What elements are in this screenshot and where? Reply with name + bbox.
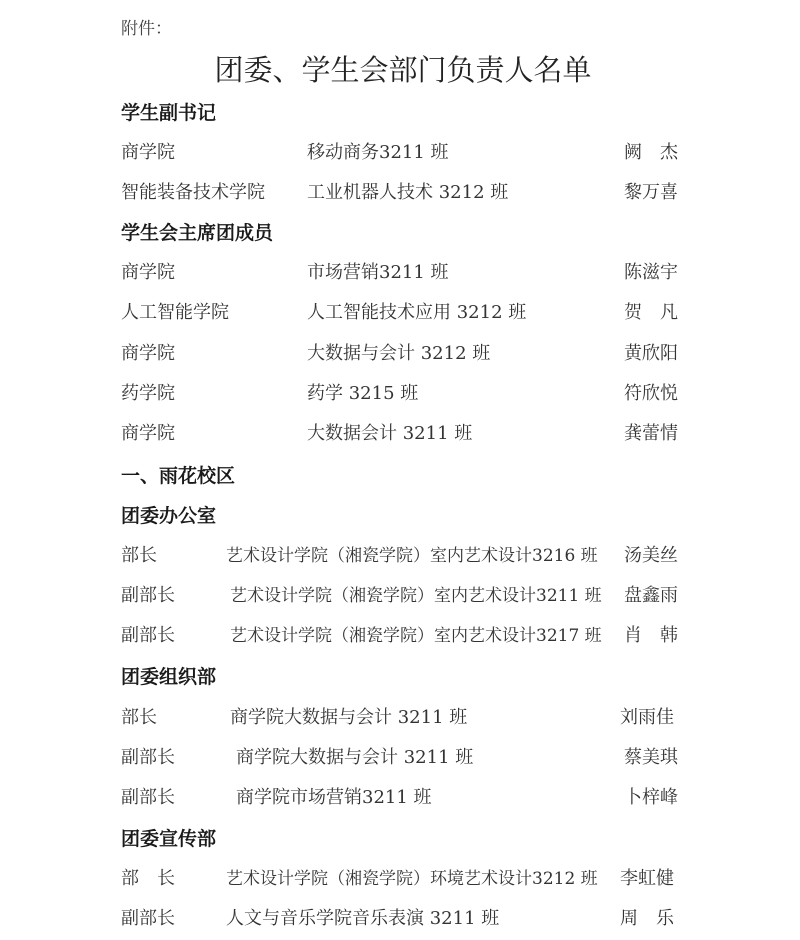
document-page: 附件： 团委、学生会部门负责人名单 学生副书记 商学院 移动商务3211 班 阙… (0, 0, 800, 940)
position: 部长 (121, 541, 157, 567)
list-row: 副部长 人文与音乐学院音乐表演 3211 班 周 乐 (0, 904, 800, 930)
list-row: 商学院 市场营销3211 班 陈滋宇 (0, 258, 800, 284)
class-name: 商学院大数据与会计 3211 班 (230, 703, 467, 729)
position: 副部长 (121, 783, 175, 809)
list-row: 副部长 商学院市场营销3211 班 卜梓峰 (0, 783, 800, 809)
list-row: 副部长 商学院大数据与会计 3211 班 蔡美琪 (0, 743, 800, 769)
class-name: 艺术设计学院（湘瓷学院）室内艺术设计3217 班 (230, 621, 602, 646)
attachment-label: 附件： (121, 14, 172, 39)
person-name: 卜梓峰 (624, 783, 678, 809)
class-name: 大数据与会计 3212 班 (307, 339, 490, 365)
class-name: 艺术设计学院（湘瓷学院）室内艺术设计3211 班 (230, 581, 602, 606)
person-name: 李虹健 (620, 864, 674, 890)
college: 商学院 (121, 138, 175, 164)
section-heading-publicity: 团委宣传部 (121, 824, 216, 851)
list-row: 商学院 大数据会计 3211 班 龚蕾情 (0, 419, 800, 445)
list-row: 副部长 艺术设计学院（湘瓷学院）室内艺术设计3211 班 盘鑫雨 (0, 581, 800, 607)
college: 商学院 (121, 258, 175, 284)
person-name: 黄欣阳 (624, 339, 678, 365)
class-name: 人工智能技术应用 3212 班 (307, 298, 526, 324)
college: 药学院 (121, 379, 175, 405)
person-name: 符欣悦 (624, 379, 678, 405)
person-name: 汤美丝 (624, 541, 678, 567)
position: 部 长 (121, 864, 175, 890)
list-row: 人工智能学院 人工智能技术应用 3212 班 贺 凡 (0, 298, 800, 324)
position: 副部长 (121, 581, 175, 607)
section-heading-office: 团委办公室 (121, 501, 216, 528)
list-row: 药学院 药学 3215 班 符欣悦 (0, 379, 800, 405)
position: 部长 (121, 703, 157, 729)
person-name: 陈滋宇 (624, 258, 678, 284)
class-name: 大数据会计 3211 班 (307, 419, 472, 445)
person-name: 龚蕾情 (624, 419, 678, 445)
class-name: 艺术设计学院（湘瓷学院）室内艺术设计3216 班 (226, 541, 598, 566)
class-name: 商学院大数据与会计 3211 班 (236, 743, 473, 769)
person-name: 贺 凡 (624, 298, 678, 324)
person-name: 肖 韩 (624, 621, 678, 647)
college: 商学院 (121, 419, 175, 445)
class-name: 商学院市场营销3211 班 (236, 783, 432, 809)
class-name: 移动商务3211 班 (307, 138, 449, 164)
section-heading-deputy-secretary: 学生副书记 (121, 98, 216, 125)
list-row: 部长 商学院大数据与会计 3211 班 刘雨佳 (0, 703, 800, 729)
college: 智能装备技术学院 (121, 178, 265, 204)
person-name: 盘鑫雨 (624, 581, 678, 607)
class-name: 市场营销3211 班 (307, 258, 449, 284)
person-name: 阙 杰 (624, 138, 678, 164)
class-name: 药学 3215 班 (307, 379, 418, 405)
person-name: 黎万喜 (624, 178, 678, 204)
list-row: 部长 艺术设计学院（湘瓷学院）室内艺术设计3216 班 汤美丝 (0, 541, 800, 567)
list-row: 商学院 移动商务3211 班 阙 杰 (0, 138, 800, 164)
list-row: 部 长 艺术设计学院（湘瓷学院）环境艺术设计3212 班 李虹健 (0, 864, 800, 890)
campus-heading: 一、雨花校区 (121, 461, 235, 488)
class-name: 人文与音乐学院音乐表演 3211 班 (226, 904, 499, 930)
college: 商学院 (121, 339, 175, 365)
section-heading-presidium: 学生会主席团成员 (121, 218, 273, 245)
position: 副部长 (121, 621, 175, 647)
college: 人工智能学院 (121, 298, 229, 324)
class-name: 艺术设计学院（湘瓷学院）环境艺术设计3212 班 (226, 864, 598, 889)
position: 副部长 (121, 743, 175, 769)
class-name: 工业机器人技术 3212 班 (307, 178, 508, 204)
list-row: 智能装备技术学院 工业机器人技术 3212 班 黎万喜 (0, 178, 800, 204)
document-title: 团委、学生会部门负责人名单 (0, 48, 800, 89)
person-name: 刘雨佳 (620, 703, 674, 729)
section-heading-organization: 团委组织部 (121, 662, 216, 689)
list-row: 副部长 艺术设计学院（湘瓷学院）室内艺术设计3217 班 肖 韩 (0, 621, 800, 647)
person-name: 周 乐 (620, 904, 674, 930)
position: 副部长 (121, 904, 175, 930)
list-row: 商学院 大数据与会计 3212 班 黄欣阳 (0, 339, 800, 365)
person-name: 蔡美琪 (624, 743, 678, 769)
